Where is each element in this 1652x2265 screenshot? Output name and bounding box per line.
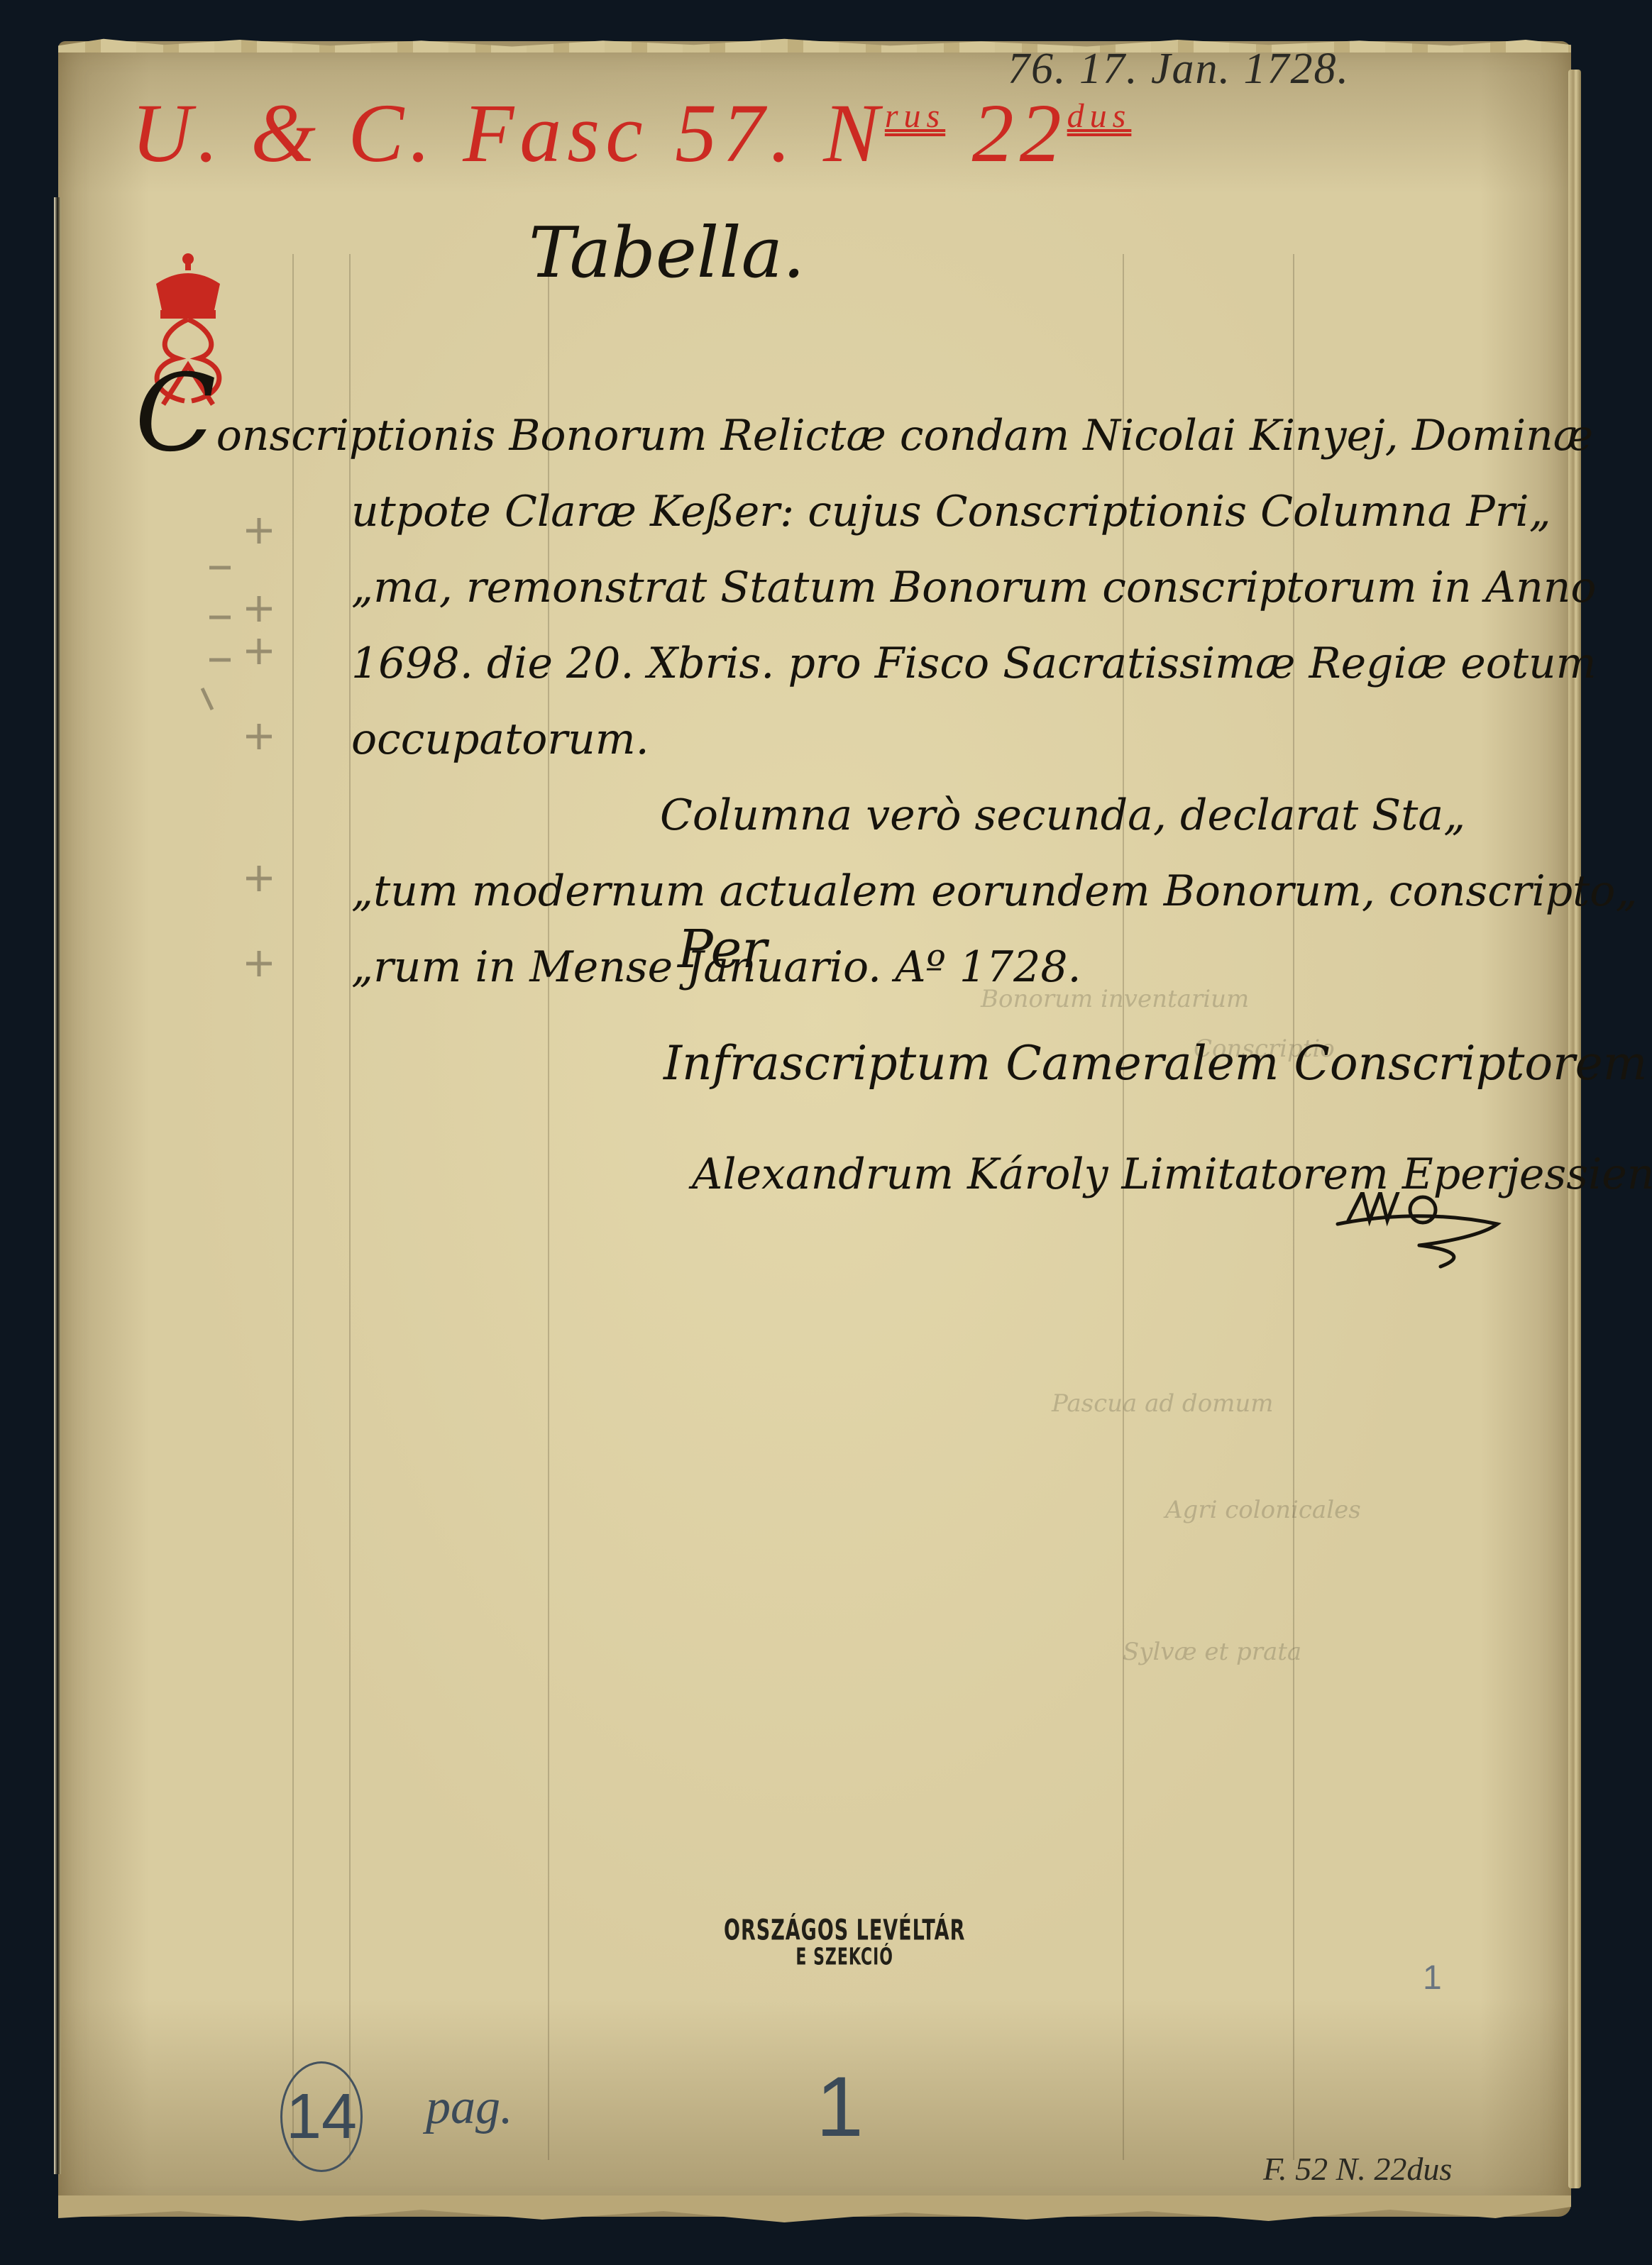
- folio-count-circled: 14: [280, 2061, 363, 2172]
- body-line: utpote Claræ Keßer: cujus Conscriptionis…: [135, 474, 1526, 550]
- archive-stamp: ORSZÁGOS LEVÉLTÁR E SZEKCIÓ: [724, 1919, 965, 1966]
- archival-signature-red: U. & C. Fasc 57. Nrus 22dus: [131, 85, 1131, 182]
- item-number-superscript: dus: [1067, 97, 1132, 135]
- body-line: „ma, remonstrat Statum Bonorum conscript…: [135, 550, 1526, 626]
- folio-label: pag.: [426, 2079, 513, 2136]
- numero-superscript: rus: [885, 97, 945, 135]
- stamp-section: E SZEKCIÓ: [724, 1944, 965, 1971]
- signature-flourish-icon: [1334, 1192, 1511, 1270]
- body-line: 1698. die 20. Xbris. pro Fisco Sacratiss…: [135, 626, 1526, 702]
- folio-count: 14: [286, 2081, 357, 2154]
- body-line: Columna verò secunda, declarat Sta„: [135, 778, 1465, 854]
- document-body: Conscriptionis Bonorum Relictæ condam Ni…: [135, 376, 1526, 1005]
- numero-label: N: [823, 87, 885, 180]
- item-number: 22: [972, 87, 1067, 180]
- binding-edge: [54, 197, 61, 2174]
- body-line: occupatorum.: [135, 702, 351, 778]
- date-note: 76. 17. Jan. 1728.: [1008, 44, 1350, 94]
- body-line: Conscriptionis Bonorum Relictæ condam Ni…: [135, 376, 1526, 474]
- conscriptor-title: Infrascriptum Cameralem Conscriptorem.: [663, 1036, 1652, 1091]
- corner-number-pencil: 1: [1423, 1958, 1442, 1997]
- stamp-archive-name: ORSZÁGOS LEVÉLTÁR: [724, 1914, 965, 1947]
- document-title: Tabella.: [529, 213, 805, 294]
- fascicle-label: U. & C. Fasc 57.: [131, 87, 797, 180]
- per-label: Per: [678, 919, 767, 980]
- shelf-reference: F. 52 N. 22dus: [1263, 2150, 1452, 2188]
- bleed-through-text: Sylvæ et prata: [1123, 1638, 1301, 1666]
- page-number-pencil: 1: [816, 2058, 864, 2156]
- body-line: „tum modernum actualem eorundem Bonorum,…: [135, 854, 1526, 930]
- body-line: „rum in Mense Januario. Aº 1728.: [135, 930, 1526, 1005]
- stacked-page-edges: [1568, 70, 1581, 2188]
- bleed-through-text: Agri colonicales: [1165, 1496, 1361, 1524]
- bleed-through-text: Pascua ad domum: [1052, 1389, 1274, 1418]
